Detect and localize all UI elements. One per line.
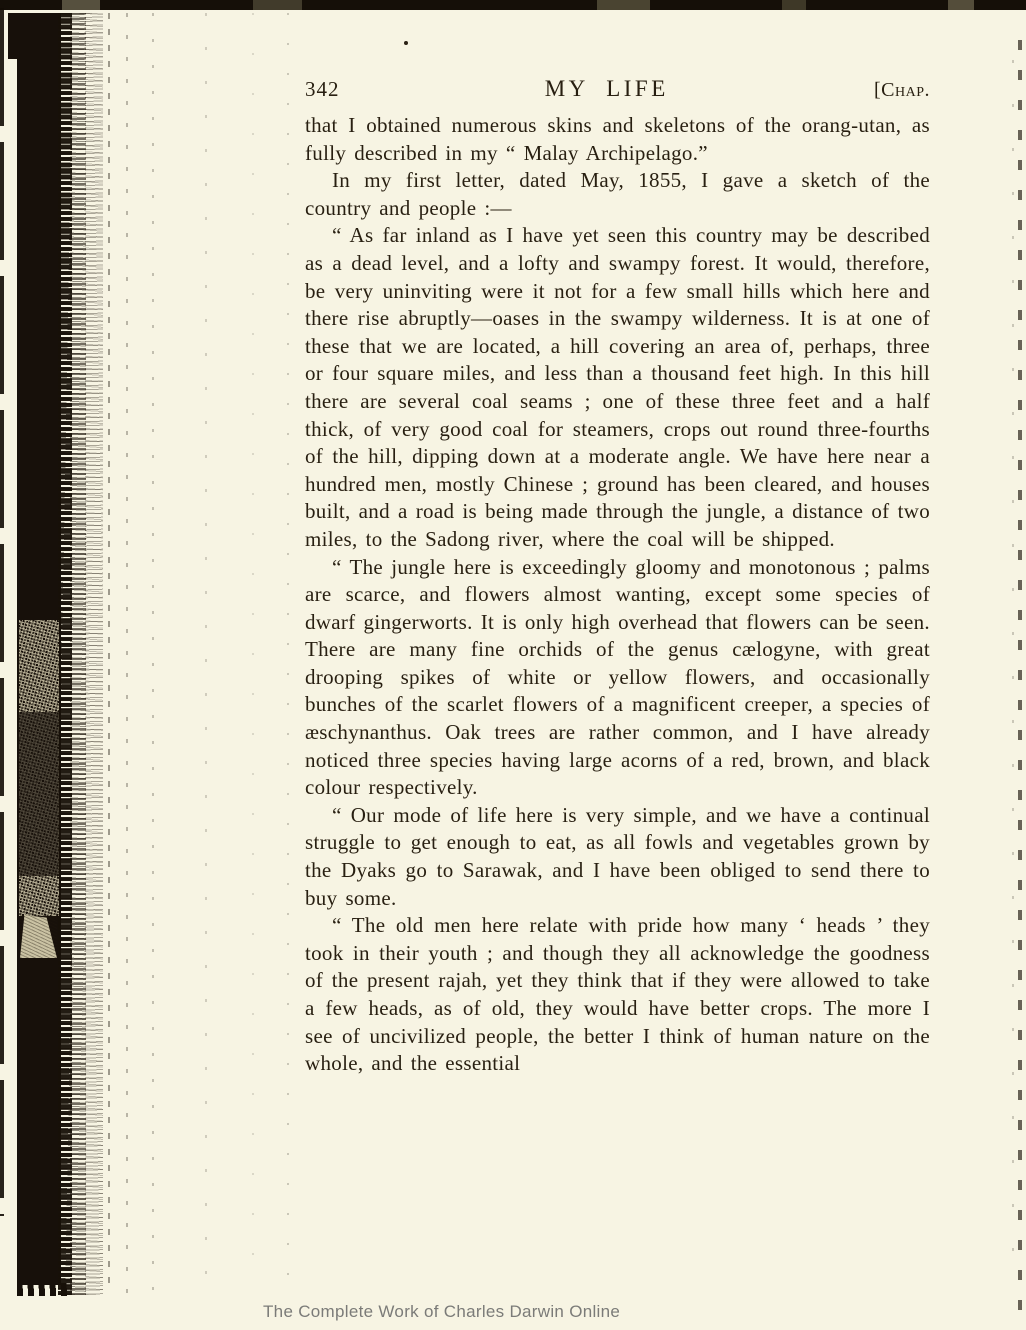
noise-streak [287, 13, 289, 1293]
running-title: MY LIFE [545, 76, 669, 102]
paragraph: In my first letter, dated May, 1855, I g… [305, 167, 930, 222]
noise-streak [126, 13, 128, 1293]
noise-streak [108, 13, 110, 1293]
noise-streak [252, 13, 254, 1293]
page-text: that I obtained numerous skins and skele… [305, 112, 930, 1078]
scan-left-border-line [0, 8, 4, 1216]
book-gutter-shadow [17, 13, 61, 1285]
scanned-page: 342 MY LIFE [Chap. that I obtained numer… [0, 0, 1026, 1330]
scan-top-edge-artifact [0, 0, 1026, 10]
paragraph: “ The old men here relate with pride how… [305, 912, 930, 1078]
gutter-wear-patch [19, 712, 59, 876]
scan-right-edge-artifact [1012, 60, 1014, 1260]
book-gutter-shadow-top [8, 13, 36, 59]
page-number: 342 [305, 77, 340, 102]
paragraph: “ As far inland as I have yet seen this … [305, 222, 930, 553]
gutter-ragged-edge [58, 13, 72, 1295]
gutter-wear-patch [19, 620, 59, 712]
scan-right-edge-artifact [1018, 40, 1022, 1310]
noise-streak [205, 13, 207, 1293]
gutter-ragged-edge [70, 13, 86, 1295]
ink-speck [404, 41, 408, 45]
footer-credit: The Complete Work of Charles Darwin Onli… [263, 1302, 620, 1322]
gutter-wear-wedge-noise [20, 915, 57, 958]
gutter-ragged-edge [85, 13, 103, 1295]
paragraph: “ The jungle here is exceedingly gloomy … [305, 554, 930, 802]
chapter-marker: [Chap. [874, 79, 930, 102]
paragraph: that I obtained numerous skins and skele… [305, 112, 930, 167]
gutter-wear-wedge [20, 915, 57, 958]
noise-streak [152, 13, 154, 1293]
paragraph: “ Our mode of life here is very simple, … [305, 802, 930, 912]
running-head: 342 MY LIFE [Chap. [305, 76, 930, 102]
gutter-wear-patch [19, 876, 59, 916]
book-gutter-shadow-bottom [17, 1283, 71, 1296]
